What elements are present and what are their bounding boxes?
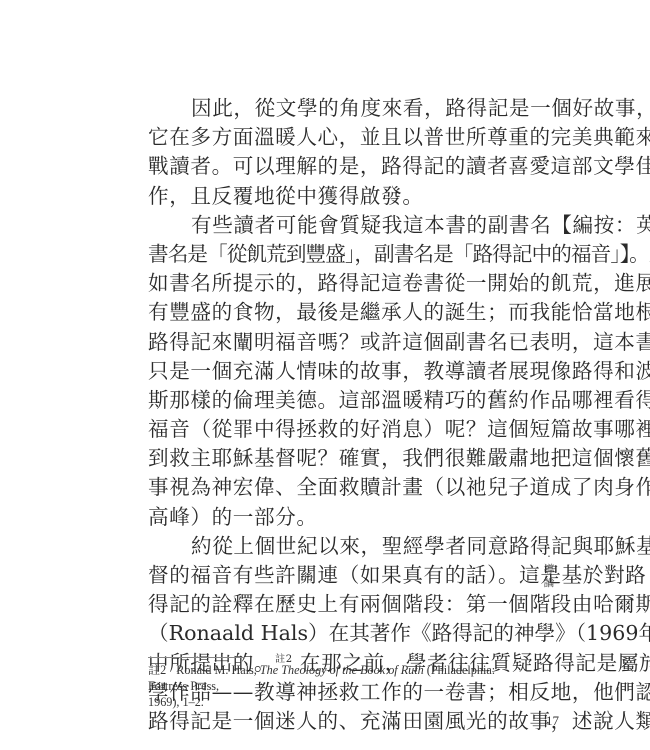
header-char: 導 bbox=[542, 563, 556, 576]
paragraph-2-line: 書名是「從飢荒到豐盛」，副書名是「路得記中的福音」】。正 bbox=[148, 240, 516, 269]
paragraph-3-line: 得記的詮釋在歷史上有兩個階段：第一個階段由哈爾斯 bbox=[148, 590, 516, 619]
paragraph-1-line: 作，且反覆地從中獲得啟發。 bbox=[148, 182, 516, 211]
header-dot: · bbox=[542, 589, 556, 602]
footnote-mark: 註2 bbox=[148, 663, 166, 677]
paragraph-2-line: 有些讀者可能會質疑我這本書的副書名【編按：英文 bbox=[148, 211, 516, 240]
paragraph-1-line: 戰讀者。可以理解的是，路得記的讀者喜愛這部文學佳 bbox=[148, 152, 516, 181]
running-header-vertical: · 導 論 · bbox=[542, 550, 556, 602]
paragraph-1-line: 因此，從文學的角度來看，路得記是一個好故事， bbox=[148, 94, 516, 123]
footnote-title: The Theology of the Book of Ruth bbox=[260, 663, 424, 677]
paragraph-2-line: 有豐盛的食物，最後是繼承人的誕生；而我能恰當地根據 bbox=[148, 298, 516, 327]
footnote-line-2: 1969), 1–2. bbox=[148, 694, 518, 710]
paragraph-2-line: 事視為神宏偉、全面救贖計畫（以祂兒子道成了肉身作為 bbox=[148, 473, 516, 502]
header-dot: · bbox=[542, 550, 556, 563]
book-page: 因此，從文學的角度來看，路得記是一個好故事， 它在多方面溫暖人心，並且以普世所尊… bbox=[0, 0, 650, 750]
page-number: 17 bbox=[546, 713, 559, 729]
paragraph-2-line: 斯那樣的倫理美德。這部溫暖精巧的舊約作品哪裡看得到 bbox=[148, 386, 516, 415]
paragraph-2-line: 只是一個充滿人情味的故事，教導讀者展現像路得和波阿 bbox=[148, 357, 516, 386]
paragraph-2-line: 福音（從罪中得拯救的好消息）呢？這個短篇故事哪裡提 bbox=[148, 415, 516, 444]
footnote-line-1: 註2Ronald M. Hals, The Theology of the Bo… bbox=[148, 662, 518, 694]
paragraph-2-line: 路得記來闡明福音嗎？或許這個副書名已表明，這本書不 bbox=[148, 328, 516, 357]
paragraph-3-line: （Ronaald Hals）在其著作《路得記的神學》（1969年） bbox=[148, 619, 516, 648]
paragraph-3-line: 約從上個世紀以來，聖經學者同意路得記與耶穌基 bbox=[148, 532, 516, 561]
body-text: 因此，從文學的角度來看，路得記是一個好故事， 它在多方面溫暖人心，並且以普世所尊… bbox=[148, 94, 516, 736]
paragraph-2-line: 高峰）的一部分。 bbox=[148, 503, 516, 532]
footnote-author: Ronald M. Hals, bbox=[176, 663, 260, 677]
header-char: 論 bbox=[542, 576, 556, 589]
paragraph-2-line: 如書名所提示的，路得記這卷書從一開始的飢荒，進展到 bbox=[148, 269, 516, 298]
paragraph-2-line: 到救主耶穌基督呢？確實，我們很難嚴肅地把這個懷舊故 bbox=[148, 444, 516, 473]
paragraph-1-line: 它在多方面溫暖人心，並且以普世所尊重的完美典範來挑 bbox=[148, 123, 516, 152]
footnote-divider bbox=[148, 657, 245, 658]
footnote: 註2Ronald M. Hals, The Theology of the Bo… bbox=[148, 662, 518, 710]
paragraph-3-line: 路得記是一個迷人的、充滿田園風光的故事，述說人類在 bbox=[148, 707, 516, 736]
paragraph-3-line: 督的福音有些許關連（如果真有的話）。這是基於對路 bbox=[148, 561, 516, 590]
